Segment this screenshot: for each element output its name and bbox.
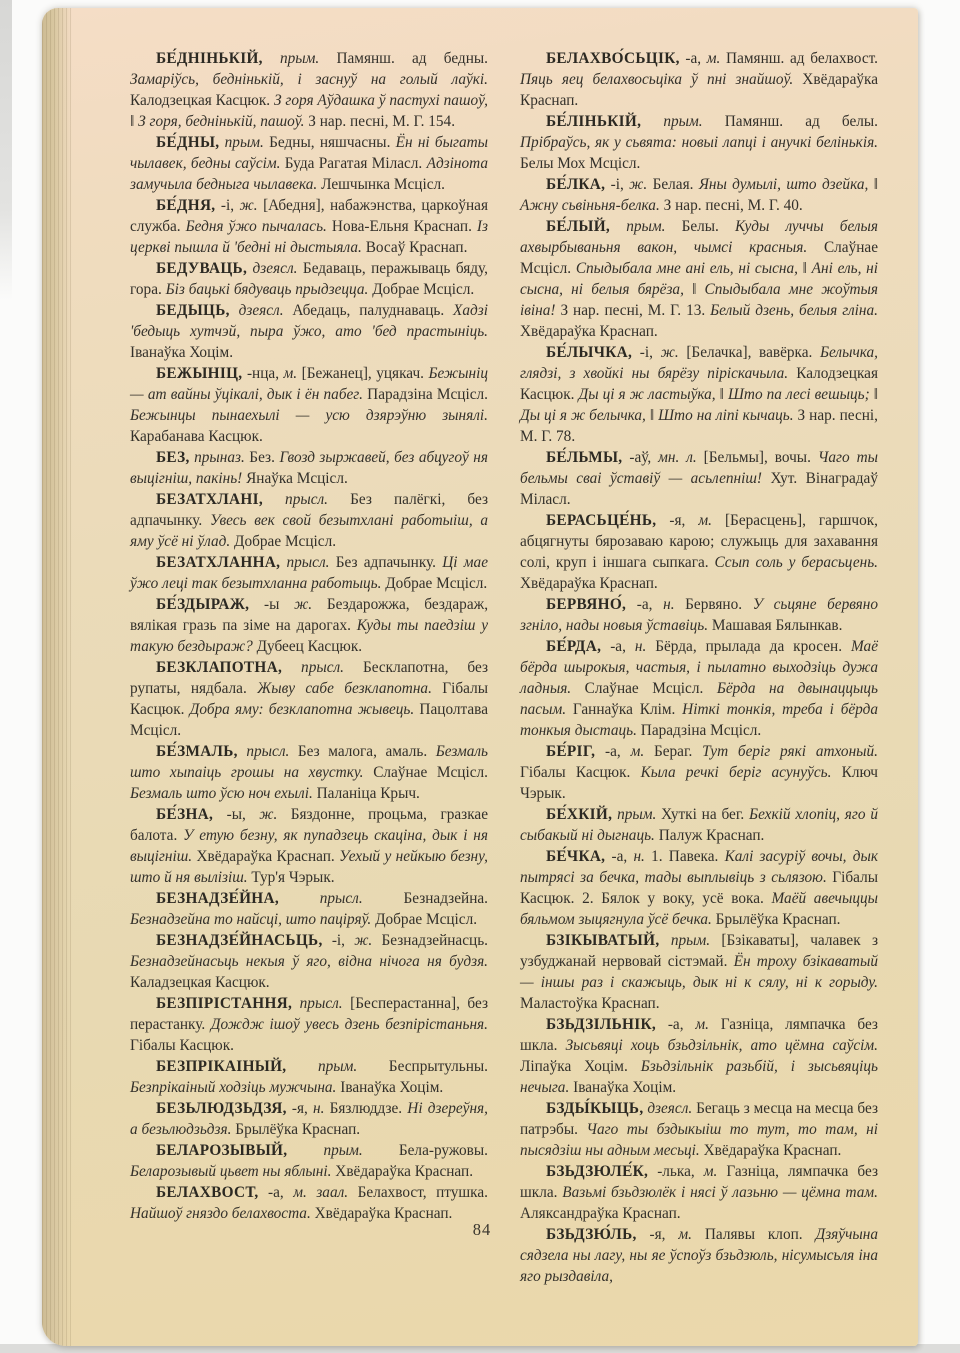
dictionary-entry: БЕ́РІГ, -а, м. Бераг. Тут беріг рякі атх… [520, 741, 878, 804]
entry-regular-text: Белы Мох Мсцісл. [520, 155, 640, 172]
entry-headword: БЕ́ЛЫЧКА, [546, 344, 632, 361]
column-right: БЕЛАХВО́СЬЦІК, -а, м. Памянш. ад белахво… [520, 48, 878, 1287]
entry-regular-text: 1. Павека. [651, 848, 718, 865]
entry-regular-text: -і, [640, 344, 653, 361]
entry-italic-text: Дождж ішоў увесь дзень безпірістаньня. [211, 1016, 488, 1033]
entry-regular-text: Тур'я Чэрык. [251, 869, 334, 886]
entry-italic-text: Біз бацькі бядуваць прыдзецца. [166, 281, 369, 298]
dictionary-entry: БЗДЫ́КЫЦЬ, дзеясл. Бегаць з месца на мес… [520, 1098, 878, 1161]
entry-regular-text: [Бежанец], уцякач. [302, 365, 424, 382]
entry-regular-text: Дубеец Касцюк. [257, 638, 363, 655]
entry-regular-text: -аў, [629, 449, 651, 466]
dictionary-entry: БЕ́ЗМАЛЬ, прысл. Без малога, амаль. Безм… [130, 741, 488, 804]
entry-regular-text: Хвёдараўка Краснап. [335, 1163, 473, 1180]
entry-italic-text: Кыла речкі беріг асунуўсь. [641, 764, 832, 781]
entry-regular-text: Бераг. [654, 743, 692, 760]
entry-italic-text: Вазьмі бзьдзюлёк і нясі ў лазьню — цёмна… [562, 1184, 878, 1201]
entry-italic-text: ж. [661, 344, 679, 361]
dictionary-entry: БЕ́ЗДЫРАЖ, -ы ж. Бездарожжа, бездараж, в… [130, 594, 488, 657]
dictionary-entry: БЕЗКЛАПОТНА, прысл. Бесклапотна, без руп… [130, 657, 488, 741]
entry-headword: БЕРАСЬЦЕ́НЬ, [546, 512, 656, 529]
entry-headword: БЕ́ХКІЙ, [546, 806, 612, 823]
dictionary-entry: БЕЖЫНІЦ, -нца, м. [Бежанец], уцякач. Беж… [130, 363, 488, 447]
entry-regular-text: Іванаўка Хоцім. [340, 1079, 443, 1096]
entry-regular-text: -я, [292, 1100, 308, 1117]
column-left: БЕ́ДНІНЬКІЙ, прым. Памянш. ад бедны. Зам… [130, 48, 488, 1287]
entry-italic-text: м. заал. [293, 1184, 348, 1201]
entry-italic-text: н. [313, 1100, 324, 1117]
entry-headword: БЕЛАХВО́СЬЦІК, [546, 50, 680, 67]
scanner-background-left [0, 0, 12, 300]
entry-headword: БЕ́ДНЫ, [156, 134, 219, 151]
entry-regular-text: Восаў Краснап. [366, 239, 468, 256]
entry-regular-text: Хвёдараўка Краснап. [520, 575, 658, 592]
entry-italic-text: Бедня ўжо пычалась. [186, 218, 327, 235]
entry-headword: БЕЗПІРІСТАННЯ, [156, 995, 292, 1012]
entry-italic-text: дзеясл. [647, 1100, 692, 1117]
entry-regular-text: Бервяно. [685, 596, 742, 613]
entry-regular-text: Белая. [653, 176, 694, 193]
entry-regular-text: Беспрытульны. [389, 1058, 488, 1075]
dictionary-entry: БЕЗНАДЗЕ́ЙНАСЬЦЬ, -і, ж. Безнадзейнасць.… [130, 930, 488, 993]
entry-regular-text: Бедны, няшчасны. [269, 134, 390, 151]
entry-headword: БЕЗКЛАПОТНА, [156, 659, 282, 676]
dictionary-entry: БЕЗ, прыназ. Без. Гвозд зыржавей, без аб… [130, 447, 488, 489]
entry-italic-text: ж. [294, 596, 312, 613]
entry-italic-text: прысл. [320, 890, 363, 907]
entry-headword: БЕ́ЗМАЛЬ, [156, 743, 238, 760]
entry-regular-text: Іванаўка Хоцім. [130, 344, 233, 361]
entry-regular-text: Нова-Ельня Краснап. [332, 218, 472, 235]
dictionary-entry: БЕ́ДНІНЬКІЙ, прым. Памянш. ад бедны. Зам… [130, 48, 488, 132]
dictionary-entry: БЗІКЫВАТЫЙ, прым. [Бзікаваты], чалавек з… [520, 930, 878, 1014]
dictionary-entry: БЕ́ДНЯ, -і, ж. [Абедня], набажэнства, ца… [130, 195, 488, 258]
entry-regular-text: Памянш. ад бедны. [336, 50, 488, 67]
entry-regular-text: Белахвост, птушка. [358, 1184, 488, 1201]
entry-regular-text: Безнадзейна. [403, 890, 488, 907]
entry-italic-text: Беларозывый цьвет ны яблыні. [130, 1163, 331, 1180]
entry-headword: БЕ́РДА, [546, 638, 601, 655]
entry-italic-text: Безнадзейна то найсці, што паціряў. [130, 911, 371, 928]
entry-regular-text: -лька, [657, 1163, 695, 1180]
entry-italic-text: м. [631, 743, 645, 760]
entry-italic-text: м. [698, 512, 712, 529]
entry-regular-text: Белы. [682, 218, 719, 235]
entry-italic-text: н. [635, 638, 646, 655]
entry-regular-text: Памянш. ад белахвост. [726, 50, 878, 67]
dictionary-entry: БЕЗПРІКАІНЫЙ, прым. Беспрытульны. Безпрі… [130, 1056, 488, 1098]
entry-regular-text: Машавая Бялынкав. [712, 617, 843, 634]
entry-italic-text: прысл. [300, 995, 343, 1012]
entry-regular-text: -ы [264, 596, 279, 613]
entry-italic-text: ж. [240, 197, 258, 214]
dictionary-entry: БЕДУВАЦЬ, дзеясл. Бедаваць, перажываць б… [130, 258, 488, 300]
entry-italic-text: прым. [323, 1142, 362, 1159]
entry-italic-text: ж. [259, 806, 277, 823]
entry-italic-text: прысл. [287, 554, 330, 571]
entry-regular-text: Добрае Мсцісл. [385, 575, 487, 592]
entry-headword: БЕ́ЗНА, [156, 806, 213, 823]
entry-italic-text: прысл. [301, 659, 344, 676]
entry-regular-text: З нар. песні, М. Г. 13. [560, 302, 705, 319]
entry-headword: БЗЬДЗЮЛЕ́К, [546, 1163, 648, 1180]
entry-regular-text: -а, [668, 1016, 684, 1033]
dictionary-entry: БЕ́ЛІНЬКІЙ, прым. Памянш. ад белы. Прібр… [520, 111, 878, 174]
entry-headword: БЕЗАТХЛАНІ, [156, 491, 263, 508]
entry-italic-text: н. [663, 596, 674, 613]
entry-headword: БЕЗПРІКАІНЫЙ, [156, 1058, 286, 1075]
entry-regular-text: Паланіца Крыч. [317, 785, 420, 802]
dictionary-entry: БЕЛАХВОСТ, -а, м. заал. Белахвост, птушк… [130, 1182, 488, 1224]
entry-italic-text: Безмаль што ўсю ноч ехылі. [130, 785, 313, 802]
entry-italic-text: ж. [629, 176, 647, 193]
entry-regular-text: -а, [610, 638, 626, 655]
entry-italic-text: прым. [663, 113, 702, 130]
entry-regular-text: Палуж Краснап. [659, 827, 765, 844]
entry-regular-text: [Бельмы], вочы. [704, 449, 811, 466]
entry-regular-text: З нар. песні, М. Г. 154. [308, 113, 455, 130]
dictionary-entry: БЕ́РДА, -а, н. Бёрда, прылада да кросен.… [520, 636, 878, 741]
dictionary-entry: БЕЛАХВО́СЬЦІК, -а, м. Памянш. ад белахво… [520, 48, 878, 111]
entry-regular-text: [Белачка], вавёрка. [686, 344, 812, 361]
entry-regular-text: Добрае Мсцісл. [372, 281, 474, 298]
entry-regular-text: З нар. песні, М. Г. 40. [664, 197, 803, 214]
entry-regular-text: Карабанава Касцюк. [130, 428, 263, 445]
dictionary-entry: БЕ́ЛЫЧКА, -і, ж. [Белачка], вавёрка. Бел… [520, 342, 878, 447]
entry-headword: БЗІКЫВАТЫЙ, [546, 932, 659, 949]
entry-regular-text: Парадзіна Мсцісл. [641, 722, 761, 739]
entry-regular-text: Хвёдараўка Краснап. [520, 323, 658, 340]
entry-headword: БЕЛАХВОСТ, [156, 1184, 258, 1201]
entry-regular-text: -а, [685, 50, 701, 67]
entry-regular-text: Ганнаўка Клім. [573, 701, 675, 718]
entry-italic-text: Жыву сабе безклапотна. [257, 680, 432, 697]
entry-italic-text: Замаріўсь, беднінькій, і заснуў на голый… [130, 71, 488, 88]
entry-regular-text: Брылёўка Краснап. [716, 911, 841, 928]
entry-italic-text: дзеясл. [253, 260, 298, 277]
page-number: 84 [112, 1220, 852, 1240]
entry-italic-text: Безнадзейнасьць некыя ў яго, відна нічог… [130, 953, 488, 970]
dictionary-entry: БЕЗАТХЛАНІ, прысл. Без палёгкі, без адпа… [130, 489, 488, 552]
entry-regular-text: -я, [669, 512, 685, 529]
dictionary-entry: БЕ́ЗНА, -ы, ж. Бяздонне, процьма, гразка… [130, 804, 488, 888]
entry-headword: БЕ́ЧКА, [546, 848, 605, 865]
dictionary-entry: БЕЗНАДЗЕ́ЙНА, прысл. Безнадзейна. Безнад… [130, 888, 488, 930]
entry-headword: БЕЗ, [156, 449, 190, 466]
entry-regular-text: Лешчынка Мсцісл. [321, 176, 445, 193]
entry-italic-text: прым. [671, 932, 710, 949]
dictionary-entry: БЗЬДЗІЛЬНІК, -а, м. Газніца, лямпачка бе… [520, 1014, 878, 1098]
entry-italic-text: Пяць яец белахвосьціка ў пні знайшоў. [520, 71, 793, 88]
dictionary-entry: БЕРАСЬЦЕ́НЬ, -я, м. [Берасцень], гаршчок… [520, 510, 878, 594]
entry-headword: БЕ́ДНЯ, [156, 197, 215, 214]
entry-regular-text: Брылёўка Краснап. [235, 1121, 360, 1138]
dictionary-entry: БЕРВЯНО́, -а, н. Бервяно. У сьцяне бервя… [520, 594, 878, 636]
entry-italic-text: прым. [318, 1058, 357, 1075]
entry-regular-text: -і, [221, 197, 234, 214]
entry-headword: БЕЖЫНІЦ, [156, 365, 242, 382]
entry-headword: БЕ́ЗДЫРАЖ, [156, 596, 249, 613]
entry-regular-text: Маластоўка Краснап. [520, 995, 660, 1012]
entry-headword: БЕ́ЛЫЙ, [546, 218, 610, 235]
entry-italic-text: прысл. [246, 743, 289, 760]
entry-regular-text: Хуткі на бег. [661, 806, 744, 823]
entry-italic-text: прым. [225, 134, 264, 151]
entry-regular-text: Без малога, амаль. [298, 743, 427, 760]
entry-italic-text: прыназ. [194, 449, 245, 466]
entry-regular-text: -а, [268, 1184, 284, 1201]
dictionary-entry: БЕ́ХКІЙ, прым. Хуткі на бег. Бехкій хлоп… [520, 804, 878, 846]
entry-regular-text: -і, [611, 176, 624, 193]
entry-italic-text: м. [707, 50, 721, 67]
entry-regular-text: Іванаўка Хоцім. [573, 1079, 676, 1096]
entry-italic-text: Добра яму: безклапотна жывець. [190, 701, 415, 718]
entry-italic-text: дзеясл. [239, 302, 284, 319]
entry-headword: БЕДЫЦЬ, [156, 302, 230, 319]
entry-regular-text: Хвёдараўка Краснап. [704, 1142, 842, 1159]
entry-regular-text: -ы, [227, 806, 246, 823]
dictionary-entry: БЕЗЬЛЮДЗЬДЗЯ, -я, н. Бязлюддзе. Ні дзере… [130, 1098, 488, 1140]
entry-regular-text: -і, [332, 932, 345, 949]
entry-regular-text: Бела-ружовы. [399, 1142, 488, 1159]
entry-italic-text: мн. л. [658, 449, 697, 466]
entry-regular-text: Буда Рагатая Міласл. [285, 155, 422, 172]
entry-headword: БЕ́ЛІНЬКІЙ, [546, 113, 641, 130]
entry-italic-text: прым. [626, 218, 665, 235]
entry-headword: БЕРВЯНО́, [546, 596, 626, 613]
entry-headword: БЕ́ДНІНЬКІЙ, [156, 50, 263, 67]
entry-regular-text: Бязлюддзе. [330, 1100, 403, 1117]
entry-regular-text: Памянш. ад белы. [725, 113, 878, 130]
entry-italic-text: Прібраўсь, як у сьвята: новыі лапці і ан… [520, 134, 878, 151]
entry-italic-text: прым. [617, 806, 656, 823]
entry-headword: БЗДЫ́КЫЦЬ, [546, 1100, 643, 1117]
entry-italic-text: Зысьвяці хоць бзьдзільнік, ато цёмна саў… [566, 1037, 878, 1054]
entry-regular-text: Бёрда, прылада да кросен. [655, 638, 842, 655]
entry-italic-text: ж. [354, 932, 372, 949]
entry-regular-text: Абедаць, палуднаваць. [292, 302, 444, 319]
entry-regular-text: Гібалы Касцюк. [520, 764, 630, 781]
entry-regular-text: Слаўнае Мсцісл. [585, 680, 704, 697]
entry-regular-text: Гібалы Касцюк. [130, 1037, 234, 1054]
dictionary-entry: БЕ́ЛКА, -і, ж. Белая. Яны думылі, што дз… [520, 174, 878, 216]
entry-regular-text: Каладзецкая Касцюк. [130, 974, 270, 991]
entry-regular-text: Безнадзейнасць. [381, 932, 488, 949]
entry-italic-text: Тут беріг рякі атхоный. [702, 743, 878, 760]
dictionary-entry: БЕ́ЧКА, -а, н. 1. Павека. Калі засуріў в… [520, 846, 878, 930]
entry-regular-text: -а, [612, 848, 628, 865]
entry-regular-text: Без. [249, 449, 275, 466]
dictionary-entry: БЕЗПІРІСТАННЯ, прысл. [Бесперастанна], б… [130, 993, 488, 1056]
dictionary-entry: БЗЬДЗЮЛЕ́К, -лька, м. Газніца, лямпачка … [520, 1161, 878, 1224]
dictionary-text-block: БЕ́ДНІНЬКІЙ, прым. Памянш. ад бедны. Зам… [130, 48, 878, 1287]
page-spine-edge [42, 8, 72, 1346]
entry-headword: БЕДУВАЦЬ, [156, 260, 247, 277]
entry-italic-text: Бежынцы пынаехылі — усю дзярэўню зынялі. [130, 407, 488, 424]
entry-italic-text: Ссып соль у берасьцень. [714, 554, 878, 571]
entry-headword: БЗЬДЗІЛЬНІК, [546, 1016, 656, 1033]
entry-italic-text: Безпрікаіный ходзіць мужчына. [130, 1079, 336, 1096]
entry-italic-text: н. [633, 848, 644, 865]
entry-headword: БЕЗЬЛЮДЗЬДЗЯ, [156, 1100, 287, 1117]
entry-regular-text: Хвёдараўка Краснап. [196, 848, 334, 865]
entry-headword: БЕ́РІГ, [546, 743, 595, 760]
entry-regular-text: Янаўка Мсцісл. [246, 470, 348, 487]
entry-headword: БЕ́ЛКА, [546, 176, 605, 193]
entry-headword: БЕЗНАДЗЕ́ЙНАСЬЦЬ, [156, 932, 323, 949]
entry-regular-text: Без адпачынку. [336, 554, 436, 571]
entry-regular-text: Добрае Мсцісл. [375, 911, 477, 928]
entry-regular-text: Слаўнае Мсцісл. [373, 764, 488, 781]
entry-italic-text: м. [695, 1016, 709, 1033]
entry-regular-text: Парадзіна Мсцісл. [367, 386, 488, 403]
entry-regular-text: Ліпаўка Хоцім. [520, 1058, 628, 1075]
entry-italic-text: прым. [280, 50, 319, 67]
dictionary-entry: БЕ́ЛЬМЫ, -аў, мн. л. [Бельмы], вочы. Чаг… [520, 447, 878, 510]
entry-regular-text: Калодзецкая Касцюк. [130, 92, 270, 109]
entry-italic-text: Белый дзень, белыя гліна. [710, 302, 878, 319]
entry-headword: БЕ́ЛЬМЫ, [546, 449, 622, 466]
entry-headword: БЕЛАРОЗЫВЫЙ, [156, 1142, 287, 1159]
entry-italic-text: м. [284, 365, 298, 382]
entry-italic-text: м. [704, 1163, 718, 1180]
entry-regular-text: Добрае Мсцісл. [234, 533, 336, 550]
dictionary-entry: БЕДЫЦЬ, дзеясл. Абедаць, палуднаваць. Ха… [130, 300, 488, 363]
entry-headword: БЕЗНАДЗЕ́ЙНА, [156, 890, 279, 907]
entry-regular-text: -нца, [247, 365, 279, 382]
dictionary-entry: БЕЗАТХЛАННА, прысл. Без адпачынку. Ці ма… [130, 552, 488, 594]
entry-regular-text: -а, [637, 596, 653, 613]
entry-headword: БЕЗАТХЛАННА, [156, 554, 280, 571]
dictionary-entry: БЕ́ЛЫЙ, прым. Белы. Куды луччы белыя ахв… [520, 216, 878, 342]
entry-italic-text: прысл. [285, 491, 328, 508]
entry-regular-text: -а, [605, 743, 621, 760]
book-page: БЕ́ДНІНЬКІЙ, прым. Памянш. ад бедны. Зам… [42, 8, 918, 1346]
dictionary-entry: БЕЛАРОЗЫВЫЙ, прым. Бела-ружовы. Беларозы… [130, 1140, 488, 1182]
dictionary-entry: БЕ́ДНЫ, прым. Бедны, няшчасны. Ён ні быг… [130, 132, 488, 195]
